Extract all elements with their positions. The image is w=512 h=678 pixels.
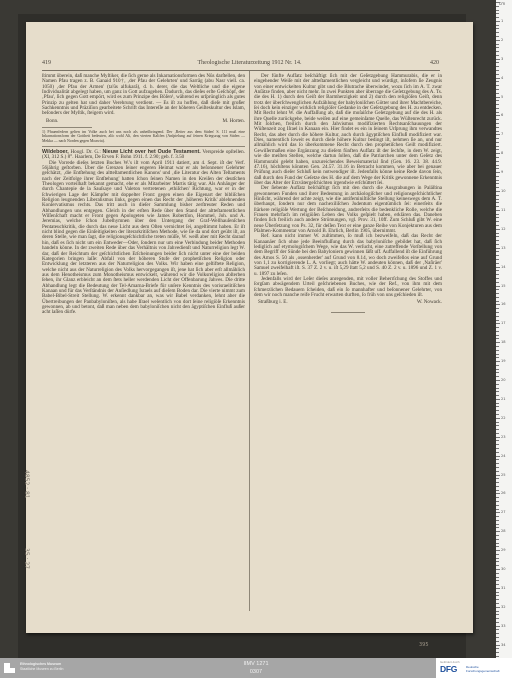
- ruler-tick: [496, 543, 499, 544]
- ruler-label: 10: [501, 189, 506, 193]
- ruler-tick: [496, 422, 499, 423]
- ruler-tick: [496, 539, 499, 540]
- ruler-tick: [496, 361, 500, 362]
- ruler-tick: [496, 123, 499, 124]
- ruler-tick: [496, 240, 499, 241]
- ruler-label: 27: [501, 510, 506, 514]
- footnote-rule: [42, 127, 92, 128]
- ruler-tick: [496, 403, 499, 404]
- paragraph: Der ſiebente Aufſatz beſchäftigt ſich mi…: [254, 186, 442, 234]
- ruler-tick: [496, 255, 499, 256]
- ruler-tick: [496, 516, 499, 517]
- ruler-tick: [496, 157, 499, 158]
- measurement-ruler: cm 1234567891011121314151617181920212223…: [496, 0, 512, 658]
- ruler-tick: [496, 229, 500, 230]
- ruler-tick: [496, 652, 499, 653]
- ruler-label: 26: [501, 491, 506, 495]
- ruler-tick: [496, 32, 499, 33]
- ruler-tick: [496, 603, 499, 604]
- ruler-tick: [496, 97, 500, 98]
- ruler-tick: [496, 100, 499, 101]
- ruler-tick: [496, 36, 499, 37]
- ruler-tick: [496, 331, 499, 332]
- ruler-tick: [496, 456, 500, 457]
- ruler-tick: [496, 233, 499, 234]
- ruler-tick: [496, 176, 499, 177]
- ruler-tick: [496, 51, 499, 52]
- ruler-tick: [496, 183, 499, 184]
- ruler-tick: [496, 406, 499, 407]
- ruler-tick: [496, 180, 499, 181]
- ruler-tick: [496, 308, 499, 309]
- ruler-label: 25: [501, 473, 506, 477]
- ruler-tick: [496, 629, 499, 630]
- ruler-label: 1: [501, 19, 503, 23]
- ruler-tick: [496, 55, 499, 56]
- ruler-tick: [496, 520, 499, 521]
- ruler-tick: [496, 459, 499, 460]
- ruler-tick: [496, 217, 499, 218]
- ruler-tick: [496, 293, 499, 294]
- ruler-tick: [496, 270, 499, 271]
- ruler-tick: [496, 645, 500, 646]
- ruler-label: 7: [501, 132, 503, 136]
- ruler-tick: [496, 622, 499, 623]
- ruler-tick: [496, 554, 499, 555]
- ruler-label: 29: [501, 548, 506, 552]
- ruler-tick: [496, 134, 500, 135]
- ruler-tick: [496, 59, 500, 60]
- ruler-tick: [496, 202, 499, 203]
- right-column: Der fünfte Aufſatz beſchäftigt ſich mit …: [254, 74, 442, 313]
- ruler-tick: [496, 535, 499, 536]
- ruler-tick: [496, 81, 499, 82]
- ruler-tick: [496, 429, 499, 430]
- ruler-tick: [496, 6, 499, 7]
- ruler-tick: [496, 577, 499, 578]
- ruler-tick: [496, 267, 500, 268]
- ruler-tick: [496, 17, 499, 18]
- ruler-tick: [496, 304, 500, 305]
- ruler-tick: [496, 297, 499, 298]
- ruler-label: 21: [501, 397, 506, 401]
- ruler-tick: [496, 335, 499, 336]
- ruler-tick: [496, 365, 499, 366]
- ruler-label: 34: [501, 643, 506, 647]
- ruler-tick: [496, 161, 499, 162]
- ruler-label: 33: [501, 624, 506, 628]
- ruler-tick: [496, 112, 499, 113]
- ruler-label: 14: [501, 265, 506, 269]
- ruler-label: 6: [501, 113, 503, 117]
- ruler-tick: [496, 380, 500, 381]
- ruler-tick: [496, 142, 499, 143]
- ruler-tick: [496, 633, 499, 634]
- ruler-tick: [496, 573, 499, 574]
- ruler-tick: [496, 395, 499, 396]
- ruler-tick: [496, 376, 499, 377]
- ruler-label: 31: [501, 586, 506, 590]
- ruler-tick: [496, 320, 499, 321]
- signature-author: W. Nowack.: [417, 300, 442, 305]
- header-rule: [42, 70, 440, 71]
- ruler-tick: [496, 584, 499, 585]
- ruler-label: 19: [501, 359, 506, 363]
- ruler-tick: [496, 346, 499, 347]
- ruler-tick: [496, 444, 499, 445]
- ruler-tick: [496, 66, 499, 67]
- ruler-tick: [496, 165, 499, 166]
- ruler-tick: [496, 486, 499, 487]
- ruler-tick: [496, 418, 500, 419]
- column-divider: [249, 71, 250, 611]
- ruler-tick: [496, 316, 499, 317]
- ruler-tick: [496, 414, 499, 415]
- ruler-tick: [496, 550, 500, 551]
- ruler-tick: [496, 592, 499, 593]
- ruler-tick: [496, 512, 500, 513]
- ruler-tick: [496, 104, 499, 105]
- ruler-tick: [496, 595, 499, 596]
- ruler-tick: [496, 471, 499, 472]
- handwritten-margin-note: 35 · 27: [23, 548, 30, 569]
- ruler-label: 17: [501, 321, 506, 325]
- ruler-tick: [496, 108, 499, 109]
- ruler-tick: [496, 244, 499, 245]
- journal-page: 419 Theologische Literaturzeitung 1912 N…: [26, 22, 473, 633]
- ruler-tick: [496, 490, 499, 491]
- end-rule: [331, 312, 365, 313]
- ruler-tick: [496, 338, 499, 339]
- ruler-tick: [496, 505, 499, 506]
- ruler-tick: [496, 350, 499, 351]
- ruler-tick: [496, 187, 499, 188]
- ruler-label: 2: [501, 38, 503, 42]
- ruler-tick: [496, 138, 499, 139]
- paragraph: ſtimmt überein, daß manche Myſtiker, die…: [42, 74, 245, 117]
- handwritten-note: 395: [419, 642, 429, 648]
- ruler-label: 11: [501, 208, 506, 212]
- ruler-tick: [496, 248, 500, 249]
- signature: Bonn. M. Horten.: [46, 119, 245, 124]
- ruler-tick: [496, 611, 499, 612]
- ruler-tick: [496, 78, 500, 79]
- ruler-tick: [496, 89, 499, 90]
- ruler-tick: [496, 565, 499, 566]
- ruler-tick: [496, 437, 500, 438]
- ruler-tick: [496, 274, 499, 275]
- ruler-tick: [496, 493, 500, 494]
- ruler-label: 18: [501, 340, 506, 344]
- ruler-label: 24: [501, 454, 506, 458]
- signature-place: Straßburg i. E.: [258, 300, 288, 305]
- ruler-label: 23: [501, 435, 506, 439]
- ruler-tick: [496, 641, 499, 642]
- ruler-tick: [496, 342, 500, 343]
- ruler-tick: [496, 354, 499, 355]
- ruler-tick: [496, 614, 499, 615]
- ruler-tick: [496, 286, 500, 287]
- ruler-tick: [496, 13, 499, 14]
- ruler-label: 3: [501, 57, 503, 61]
- ruler-tick: [496, 206, 499, 207]
- signature: Straßburg i. E. W. Nowack.: [258, 300, 442, 305]
- ruler-tick: [496, 40, 500, 41]
- ruler-tick: [496, 119, 499, 120]
- ruler-tick: [496, 115, 500, 116]
- ruler-tick: [496, 278, 499, 279]
- ruler-tick: [496, 546, 499, 547]
- ruler-tick: [496, 561, 499, 562]
- ruler-label: 4: [501, 76, 503, 80]
- ruler-tick: [496, 524, 499, 525]
- ruler-tick: [496, 25, 499, 26]
- ruler-tick: [496, 399, 500, 400]
- ruler-tick: [496, 289, 499, 290]
- ruler-label: 30: [501, 567, 506, 571]
- ruler-tick: [496, 149, 499, 150]
- ruler-label: 28: [501, 529, 506, 533]
- ruler-tick: [496, 626, 500, 627]
- paragraph: Jedenfalls wird der Leſer dieſes anregen…: [254, 277, 442, 298]
- page-number-right: 420: [430, 60, 439, 66]
- ruler-tick: [496, 210, 500, 211]
- ruler-tick: [496, 327, 499, 328]
- ruler-tick: [496, 153, 500, 154]
- ruler-tick: [496, 93, 499, 94]
- ruler-tick: [496, 236, 499, 237]
- ruler-tick: [496, 478, 499, 479]
- ruler-label: 9: [501, 170, 503, 174]
- ruler-tick: [496, 452, 499, 453]
- ruler-tick: [496, 637, 499, 638]
- left-column: ſtimmt überein, daß manche Myſtiker, die…: [42, 74, 245, 316]
- funder-name: DeutscheForschungsgemeinschaft: [466, 665, 500, 673]
- ruler-tick: [496, 282, 499, 283]
- ruler-tick: [496, 10, 499, 11]
- ruler-tick: [496, 146, 499, 147]
- footnote: 1) Pfauenfedern gelten im Volke auch bei…: [42, 130, 245, 143]
- ruler-tick: [496, 501, 499, 502]
- handwritten-margin-note: 4852 · 81: [23, 470, 30, 499]
- ruler-tick: [496, 527, 499, 528]
- ruler-tick: [496, 656, 499, 657]
- ruler-label: 22: [501, 416, 506, 420]
- ruler-label: 13: [501, 246, 506, 250]
- ruler-tick: [496, 191, 500, 192]
- ruler-tick: [496, 199, 499, 200]
- ruler-tick: [496, 369, 499, 370]
- ruler-label: 15: [501, 284, 506, 288]
- ruler-tick: [496, 74, 499, 75]
- ruler-tick: [496, 391, 499, 392]
- ruler-tick: [496, 214, 499, 215]
- ruler-label: 32: [501, 605, 506, 609]
- ruler-tick: [496, 410, 499, 411]
- ruler-tick: [496, 588, 500, 589]
- ruler-tick: [496, 131, 499, 132]
- ruler-tick: [496, 467, 499, 468]
- ruler-tick: [496, 259, 499, 260]
- ruler-tick: [496, 497, 499, 498]
- ruler-tick: [496, 323, 500, 324]
- ruler-tick: [496, 569, 500, 570]
- ruler-tick: [496, 85, 499, 86]
- ruler-tick: [496, 509, 499, 510]
- ruler-tick: [496, 225, 499, 226]
- ruler-tick: [496, 580, 499, 581]
- ruler-tick: [496, 384, 499, 385]
- paragraph: Der fünfte Aufſatz beſchäftigt ſich mit …: [254, 74, 442, 186]
- ruler-tick: [496, 475, 500, 476]
- running-title: Theologische Literaturzeitung 1912 Nr. 1…: [26, 60, 473, 66]
- ruler-label: 8: [501, 151, 503, 155]
- signature-place: Bonn.: [46, 119, 58, 124]
- ruler-tick: [496, 618, 499, 619]
- ruler-tick: [496, 195, 499, 196]
- ruler-label: 16: [501, 302, 506, 306]
- ruler-tick: [496, 482, 499, 483]
- signature-author: M. Horten.: [223, 119, 246, 124]
- dfg-logo-icon: DFG: [440, 664, 457, 674]
- paragraph: Die Vorrede dieſes letzten Buches W.'s i…: [42, 161, 245, 316]
- ruler-label: 20: [501, 378, 506, 382]
- ruler-tick: [496, 221, 499, 222]
- ruler-tick: [496, 21, 500, 22]
- ruler-tick: [496, 172, 500, 173]
- ruler-tick: [496, 599, 499, 600]
- ruler-label: 5: [501, 95, 503, 99]
- ruler-tick: [496, 607, 500, 608]
- ruler-tick: [496, 531, 500, 532]
- ruler-tick: [496, 70, 499, 71]
- review-separator: [42, 146, 245, 147]
- ruler-tick: [496, 372, 499, 373]
- ruler-tick: [496, 463, 499, 464]
- funder-credit: Gefördert durch DFG DeutscheForschungsge…: [436, 658, 512, 678]
- ruler-tick: [496, 2, 500, 3]
- ruler-tick: [496, 47, 499, 48]
- ruler-tick: [496, 28, 499, 29]
- ruler-tick: [496, 433, 499, 434]
- ruler-tick: [496, 251, 499, 252]
- paragraph: Ref. kann nicht immer W. zuſtimmen, ſo m…: [254, 234, 442, 277]
- ruler-tick: [496, 388, 499, 389]
- ruler-tick: [496, 312, 499, 313]
- funder-name-line2: Forschungsgemeinschaft: [466, 669, 500, 673]
- ruler-tick: [496, 127, 499, 128]
- ruler-tick: [496, 263, 499, 264]
- ruler-tick: [496, 44, 499, 45]
- ruler-tick: [496, 448, 499, 449]
- ruler-label: 12: [501, 227, 506, 231]
- ruler-tick: [496, 648, 499, 649]
- ruler-tick: [496, 440, 499, 441]
- ruler-tick: [496, 357, 499, 358]
- ruler-tick: [496, 62, 499, 63]
- ruler-tick: [496, 168, 499, 169]
- ruler-tick: [496, 425, 499, 426]
- footer-bar: Ethnologisches Museum Staatliche Museen …: [0, 658, 512, 678]
- ruler-tick: [496, 301, 499, 302]
- ruler-tick: [496, 558, 499, 559]
